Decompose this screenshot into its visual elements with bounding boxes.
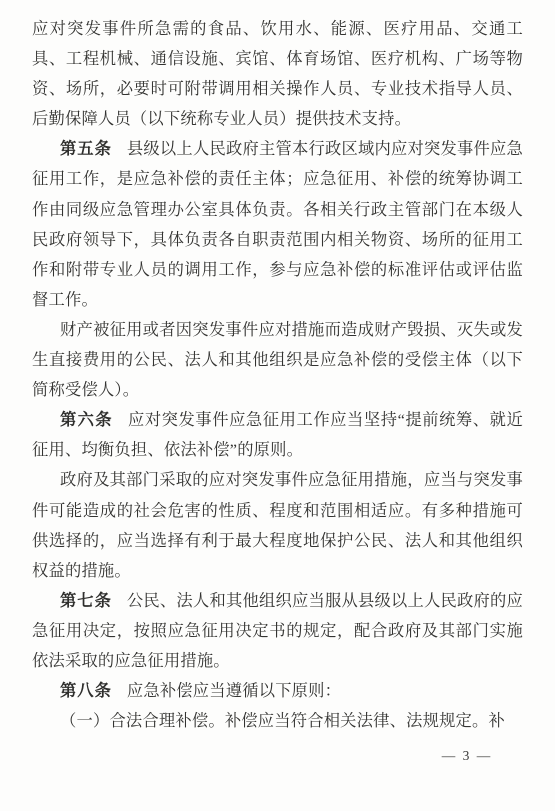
paragraph-text: 应急补偿应当遵循以下原则： (127, 681, 341, 700)
article-number: 第六条 (60, 411, 113, 429)
document-page: 应对突发事件所急需的食品、饮用水、能源、医疗用品、交通工具、工程机械、通信设施、… (0, 0, 555, 811)
paragraph-text: 县级以上人民政府主管本行政区域内应对突发事件应急征用工作，是应急补偿的责任主体；… (32, 139, 523, 308)
page-footer: — 3 — (407, 748, 527, 764)
paragraph-text: 应对突发事件所急需的食品、饮用水、能源、医疗用品、交通工具、工程机械、通信设施、… (32, 19, 523, 128)
page-number: — 3 — (442, 748, 493, 763)
paragraph: 应对突发事件所急需的食品、饮用水、能源、医疗用品、交通工具、工程机械、通信设施、… (32, 14, 523, 134)
paragraph: 第七条公民、法人和其他组织应当服从县级以上人民政府的应急征用决定，按照应急征用决… (32, 586, 523, 676)
paragraph-text: 财产被征用或者因突发事件应对措施而造成财产毁损、灭失或发生直接费用的公民、法人和… (32, 320, 523, 399)
paragraph: 第五条县级以上人民政府主管本行政区域内应对突发事件应急征用工作，是应急补偿的责任… (32, 134, 523, 315)
paragraph: 第六条应对突发事件应急征用工作应当坚持“提前统筹、就近征用、均衡负担、依法补偿”… (32, 405, 523, 465)
article-number: 第七条 (60, 592, 112, 610)
paragraph-text: 政府及其部门采取的应对突发事件应急征用措施，应当与突发事件可能造成的社会危害的性… (32, 470, 523, 579)
paragraph-text: （一）合法合理补偿。补偿应当符合相关法律、法规规定。补 (60, 711, 505, 730)
paragraph: 政府及其部门采取的应对突发事件应急征用措施，应当与突发事件可能造成的社会危害的性… (32, 465, 523, 585)
document-body: 应对突发事件所急需的食品、饮用水、能源、医疗用品、交通工具、工程机械、通信设施、… (32, 14, 523, 736)
article-number: 第五条 (60, 140, 112, 158)
paragraph: （一）合法合理补偿。补偿应当符合相关法律、法规规定。补 (32, 706, 523, 736)
paragraph: 财产被征用或者因突发事件应对措施而造成财产毁损、灭失或发生直接费用的公民、法人和… (32, 315, 523, 405)
paragraph: 第八条应急补偿应当遵循以下原则： (32, 676, 523, 706)
article-number: 第八条 (60, 682, 112, 700)
